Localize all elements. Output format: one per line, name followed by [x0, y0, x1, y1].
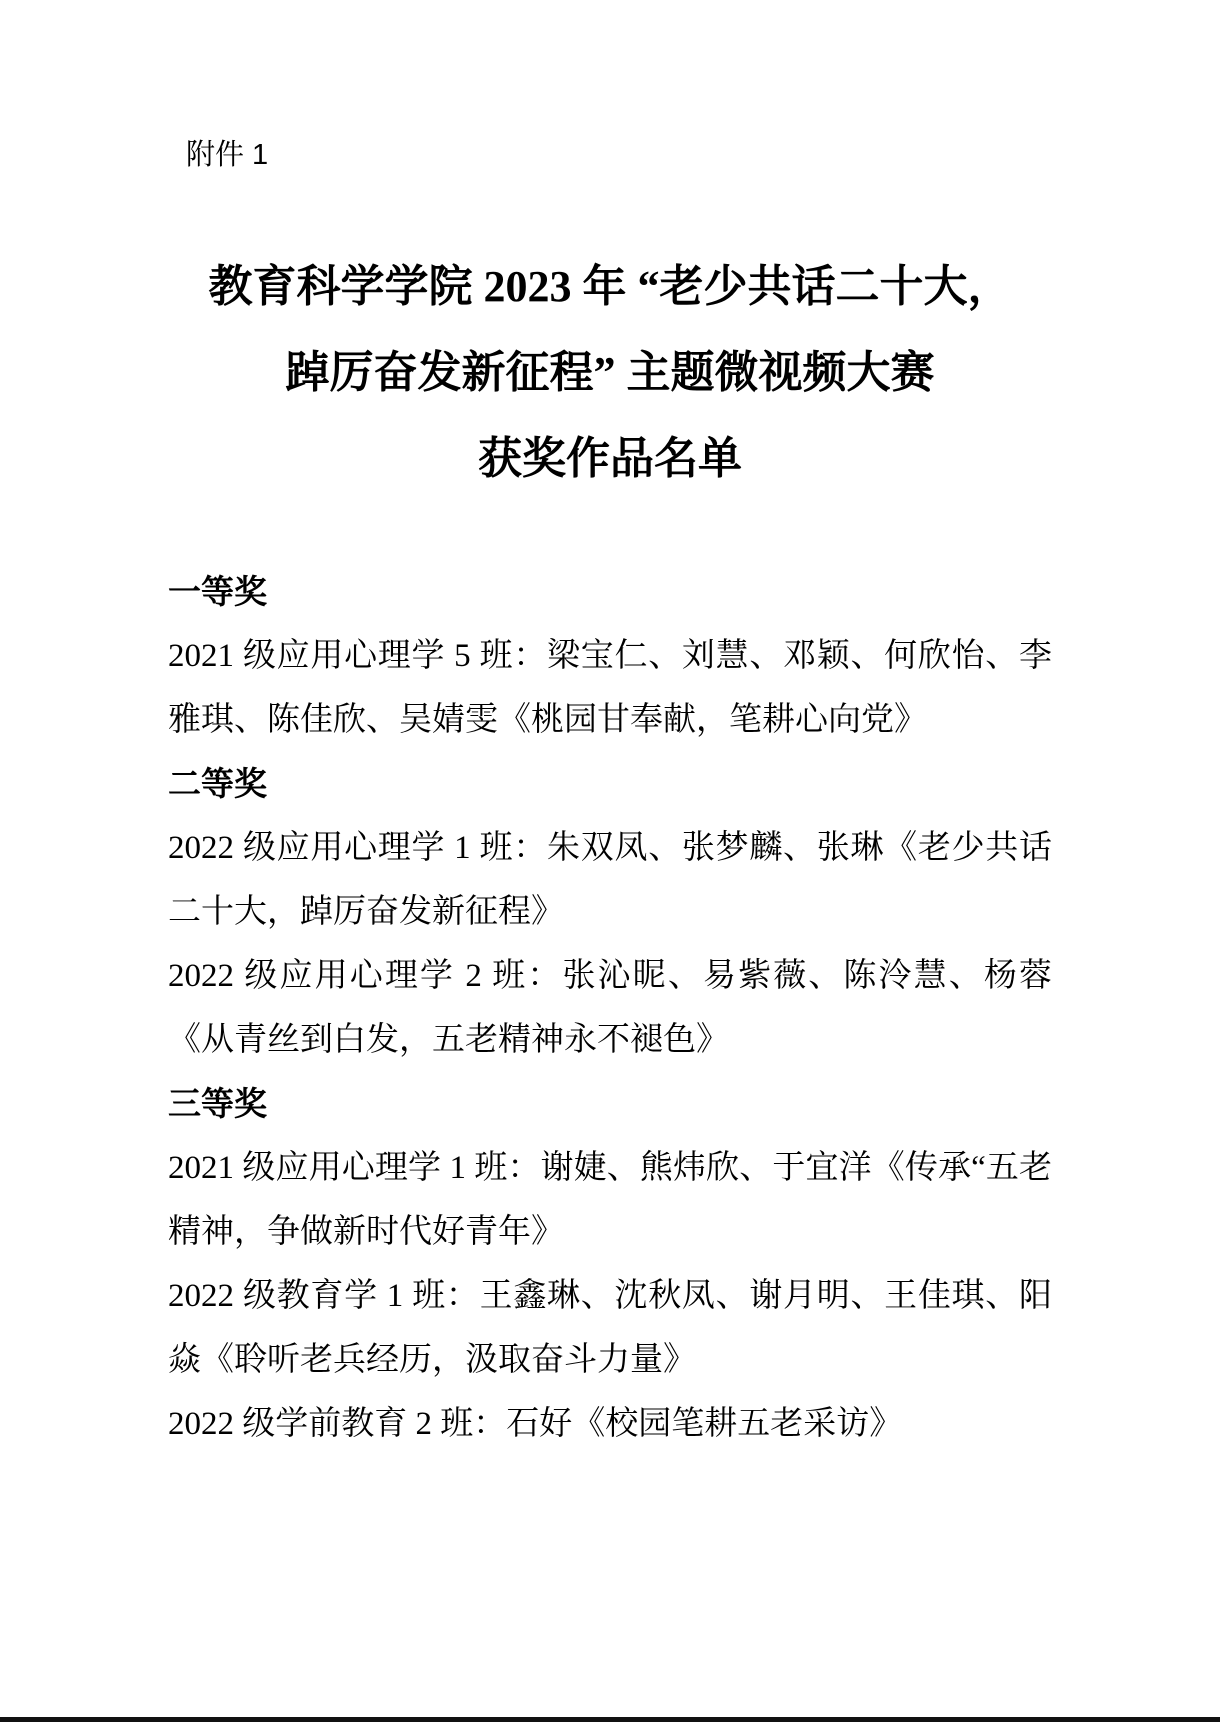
- title-line-3: 获奖作品名单: [110, 416, 1110, 502]
- award-entry-first-prize-1: 2021 级应用心理学 5 班：梁宝仁、刘慧、邓颖、何欣怡、李雅琪、陈佳欣、吴婧…: [168, 624, 1052, 752]
- title-line-2: 踔厉奋发新征程” 主题微视频大赛: [110, 330, 1110, 416]
- document-page: 附件 1 教育科学学院 2023 年 “老少共话二十大， 踔厉奋发新征程” 主题…: [0, 0, 1220, 1722]
- award-entry-third-prize-1: 2021 级应用心理学 1 班：谢婕、熊炜欣、于宜洋《传承“五老精神，争做新时代…: [168, 1136, 1052, 1264]
- award-entry-third-prize-2: 2022 级教育学 1 班：王鑫琳、沈秋凤、谢月明、王佳琪、阳焱《聆听老兵经历，…: [168, 1264, 1052, 1392]
- section-heading-second-prize: 二等奖: [168, 752, 1052, 816]
- award-entry-second-prize-1: 2022 级应用心理学 1 班：朱双凤、张梦麟、张琳《老少共话二十大，踔厉奋发新…: [168, 816, 1052, 944]
- attachment-label: 附件 1: [0, 0, 1220, 174]
- section-heading-third-prize: 三等奖: [168, 1072, 1052, 1136]
- title-line-1: 教育科学学院 2023 年 “老少共话二十大，: [110, 244, 1110, 330]
- award-entry-third-prize-3: 2022 级学前教育 2 班：石好《校园笔耕五老采访》: [168, 1392, 1052, 1456]
- section-heading-first-prize: 一等奖: [168, 560, 1052, 624]
- award-entry-second-prize-2: 2022 级应用心理学 2 班：张沁昵、易紫薇、陈泠慧、杨蓉《从青丝到白发，五老…: [168, 944, 1052, 1072]
- document-title: 教育科学学院 2023 年 “老少共话二十大， 踔厉奋发新征程” 主题微视频大赛…: [110, 244, 1110, 502]
- award-list: 一等奖 2021 级应用心理学 5 班：梁宝仁、刘慧、邓颖、何欣怡、李雅琪、陈佳…: [168, 560, 1052, 1456]
